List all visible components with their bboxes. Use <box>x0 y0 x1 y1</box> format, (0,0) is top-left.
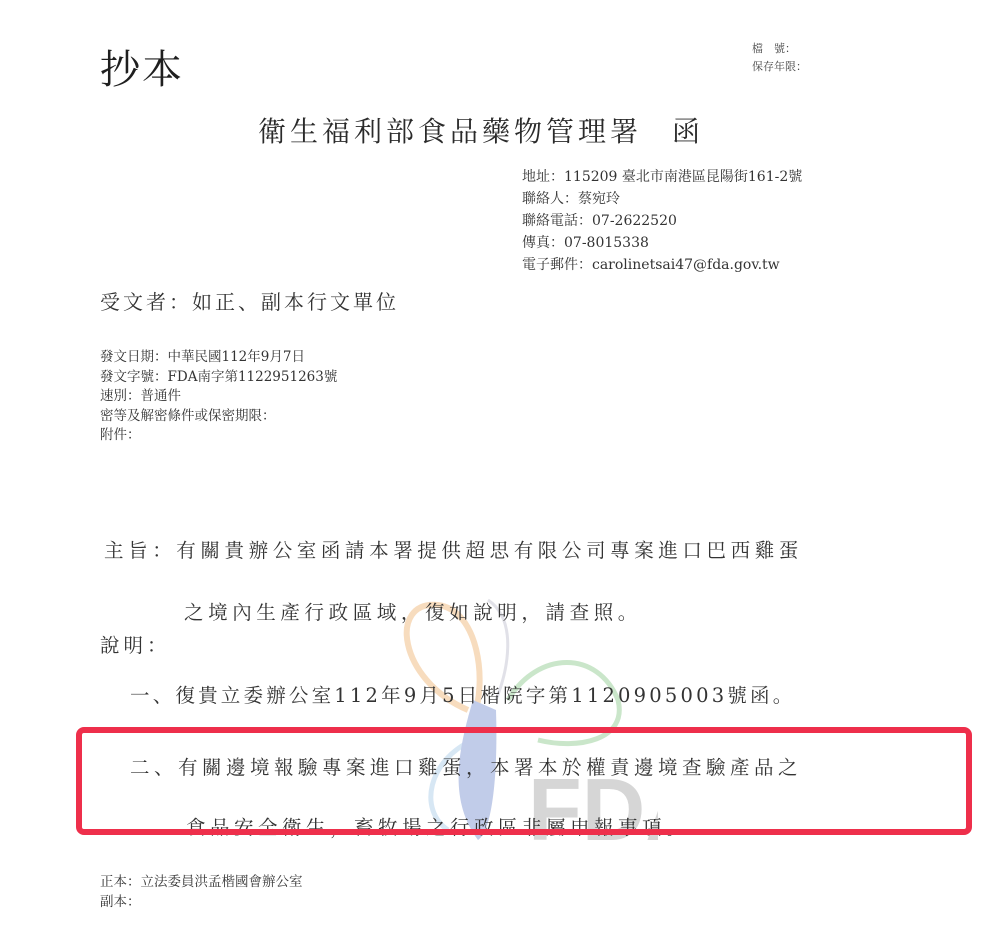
explanation-item-1: 一、復貴立委辦公室112年9月5日楷院字第1120905003號函。 <box>130 680 795 708</box>
address: 地址：115209 臺北市南港區昆陽街161-2號 <box>522 166 802 188</box>
subject-line-1: 主旨：有關貴辦公室函請本署提供超思有限公司專案進口巴西雞蛋 <box>104 520 803 582</box>
file-number-row: 檔 號： <box>752 40 807 58</box>
archive-info: 檔 號： 保存年限： <box>752 40 807 76</box>
copy-recipient: 副本： <box>100 892 303 912</box>
highlight-annotation-box <box>76 727 972 835</box>
contact-person: 聯絡人：蔡宛玲 <box>522 188 802 210</box>
delivery-speed: 速別：普通件 <box>100 387 337 407</box>
fax: 傳真：07-8015338 <box>522 232 802 254</box>
attachment: 附件： <box>100 426 337 446</box>
confidentiality: 密等及解密條件或保密期限： <box>100 407 337 427</box>
explanation-heading: 說明： <box>100 630 171 658</box>
document-meta: 發文日期：中華民國112年9月7日 發文字號：FDA南字第1122951263號… <box>100 348 337 446</box>
explanation-item-1-line-1: 一、復貴立委辦公室112年9月5日楷院字第1120905003號函。 <box>130 680 795 708</box>
email: 電子郵件：carolinetsai47@fda.gov.tw <box>522 254 802 276</box>
recipient: 受文者：如正、副本行文單位 <box>100 286 399 315</box>
file-number-label: 檔 號： <box>752 40 796 58</box>
distribution: 正本：立法委員洪孟楷國會辦公室 副本： <box>100 872 303 912</box>
copy-mark: 抄本 <box>100 38 184 95</box>
agency-title: 衛生福利部食品藥物管理署 <box>258 115 642 148</box>
subject-line-2: 之境內生產行政區域，復如說明，請查照。 <box>104 582 803 644</box>
agency-header: 衛生福利部食品藥物管理署函 <box>258 110 704 150</box>
retention-label: 保存年限： <box>752 58 807 76</box>
retention-row: 保存年限： <box>752 58 807 76</box>
phone: 聯絡電話：07-2622520 <box>522 210 802 232</box>
original-recipient: 正本：立法委員洪孟楷國會辦公室 <box>100 872 303 892</box>
document-type: 函 <box>672 115 704 148</box>
subject: 主旨：有關貴辦公室函請本署提供超思有限公司專案進口巴西雞蛋 之境內生產行政區域，… <box>104 520 803 644</box>
issue-date: 發文日期：中華民國112年9月7日 <box>100 348 337 368</box>
document-number: 發文字號：FDA南字第1122951263號 <box>100 368 337 388</box>
contact-block: 地址：115209 臺北市南港區昆陽街161-2號 聯絡人：蔡宛玲 聯絡電話：0… <box>522 166 802 276</box>
